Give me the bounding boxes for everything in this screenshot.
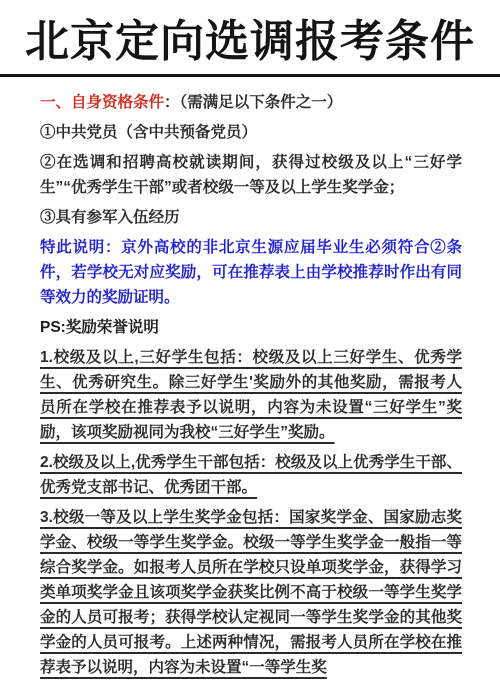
document-page: 北京定向选调报考条件 一、自身资格条件：（需满足以下条件之一） ①中共党员（含中… [0, 0, 500, 693]
section-heading-suffix: ：（需满足以下条件之一） [164, 94, 342, 111]
ps-note-1: 1.校级及以上,三好学生包括：校级及以上三好学生、优秀学生、优秀研究生。除三好学… [40, 345, 462, 445]
special-note: 特此说明：京外高校的非北京生源应届毕业生必须符合②条件，若学校无对应奖励，可在推… [40, 235, 462, 310]
condition-item-3: ③具有参军入伍经历 [40, 205, 462, 230]
title-divider [0, 74, 500, 77]
ps-note-3: 3.校级一等及以上学生奖学金包括：国家奖学金、国家励志奖 学金、校级一等学生奖学… [40, 505, 462, 680]
section-heading-red-text: 一、自身资格条件 [40, 94, 164, 111]
page-title: 北京定向选调报考条件 [10, 16, 490, 68]
condition-item-1: ①中共党员（含中共预备党员） [40, 120, 462, 145]
ps-note-2: 2.校级及以上,优秀学生干部包括：校级及以上优秀学生干部、优秀党支部书记、优秀团… [40, 450, 462, 500]
document-body: 一、自身资格条件：（需满足以下条件之一） ①中共党员（含中共预备党员） ②在选调… [0, 90, 500, 680]
section-heading: 一、自身资格条件：（需满足以下条件之一） [40, 90, 462, 115]
condition-item-2: ②在选调和招聘高校就读期间，获得过校级及以上“三好学生”“优秀学生干部”或者校级… [40, 150, 462, 200]
ps-heading: PS:奖励荣誉说明 [40, 315, 462, 340]
